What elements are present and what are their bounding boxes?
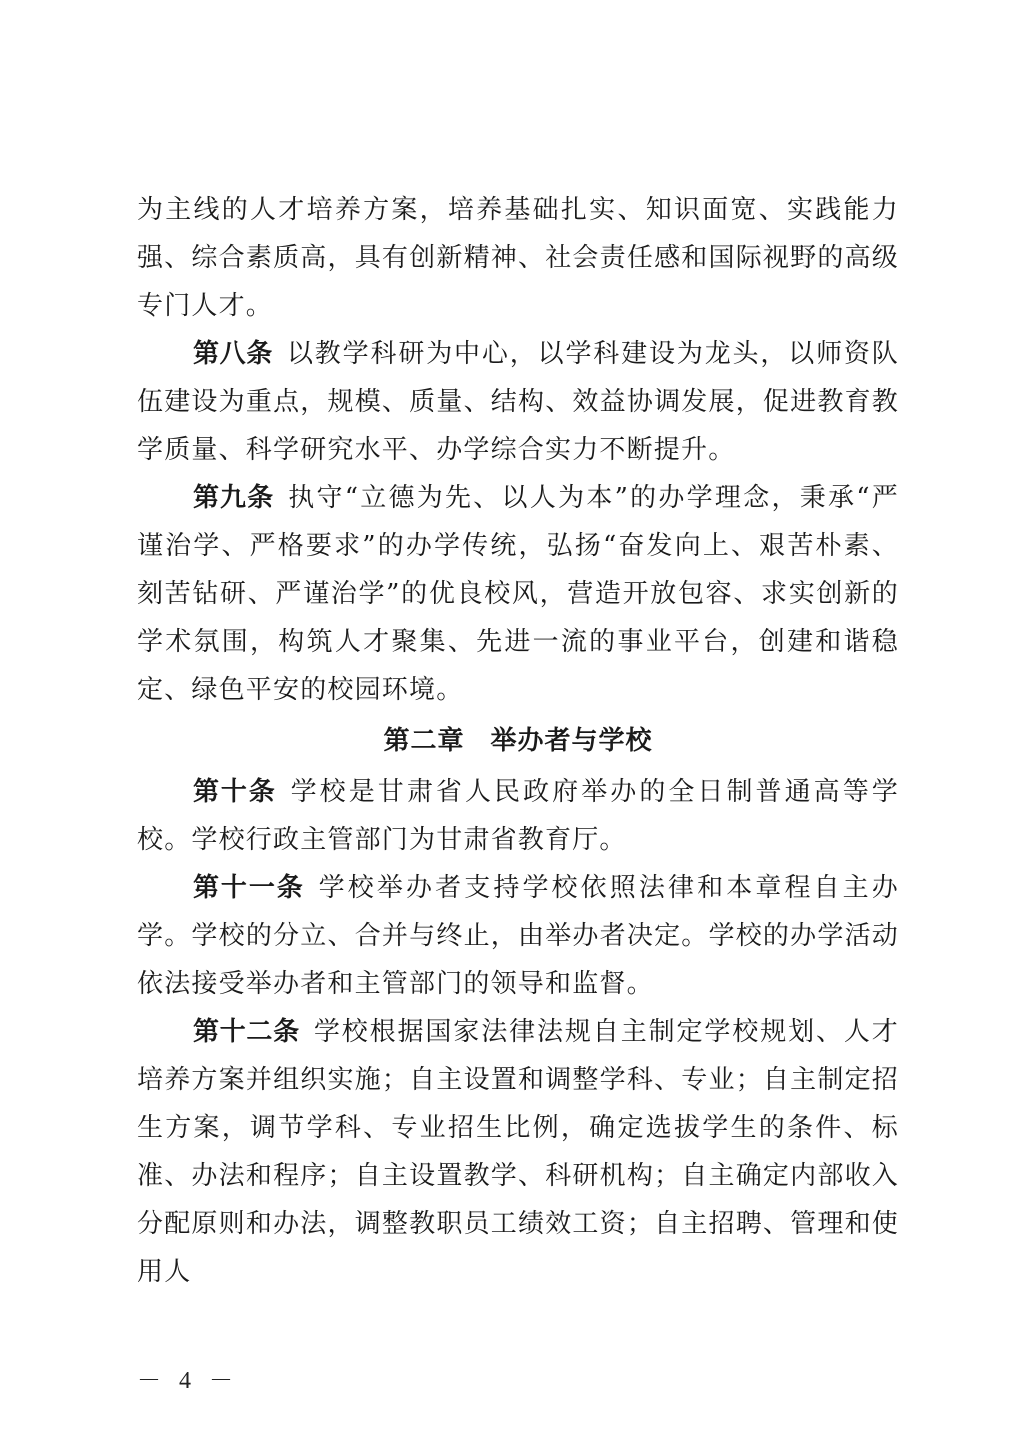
article-text: 学校根据国家法律法规自主制定学校规划、人才培养方案并组织实施；自主设置和调整学科… (137, 1017, 899, 1287)
article-label: 第十二条 (193, 1017, 300, 1047)
article-label: 第九条 (193, 483, 274, 513)
article-label: 第十一条 (193, 873, 305, 903)
article-9: 第九条执守“立德为先、以人为本”的办学理念，秉承“严谨治学、严格要求”的办学传统… (137, 474, 899, 714)
chapter-number: 第二章 (383, 726, 464, 756)
article-12: 第十二条学校根据国家法律法规自主制定学校规划、人才培养方案并组织实施；自主设置和… (137, 1008, 899, 1296)
continuation-paragraph: 为主线的人才培养方案，培养基础扎实、知识面宽、实践能力强、综合素质高，具有创新精… (137, 186, 899, 330)
article-text: 执守“立德为先、以人为本”的办学理念，秉承“严谨治学、严格要求”的办学传统，弘扬… (137, 483, 899, 705)
article-label: 第八条 (193, 339, 273, 369)
document-page: 为主线的人才培养方案，培养基础扎实、知识面宽、实践能力强、综合素质高，具有创新精… (137, 186, 899, 1296)
chapter-title: 举办者与学校 (491, 726, 653, 756)
chapter-heading: 第二章举办者与学校 (137, 714, 899, 768)
article-label: 第十条 (193, 777, 277, 807)
article-10: 第十条学校是甘肃省人民政府举办的全日制普通高等学校。学校行政主管部门为甘肃省教育… (137, 768, 899, 864)
article-8: 第八条以教学科研为中心，以学科建设为龙头，以师资队伍建设为重点，规模、质量、结构… (137, 330, 899, 474)
page-number: － 4 － (137, 1360, 239, 1395)
article-11: 第十一条学校举办者支持学校依照法律和本章程自主办学。学校的分立、合并与终止，由举… (137, 864, 899, 1008)
